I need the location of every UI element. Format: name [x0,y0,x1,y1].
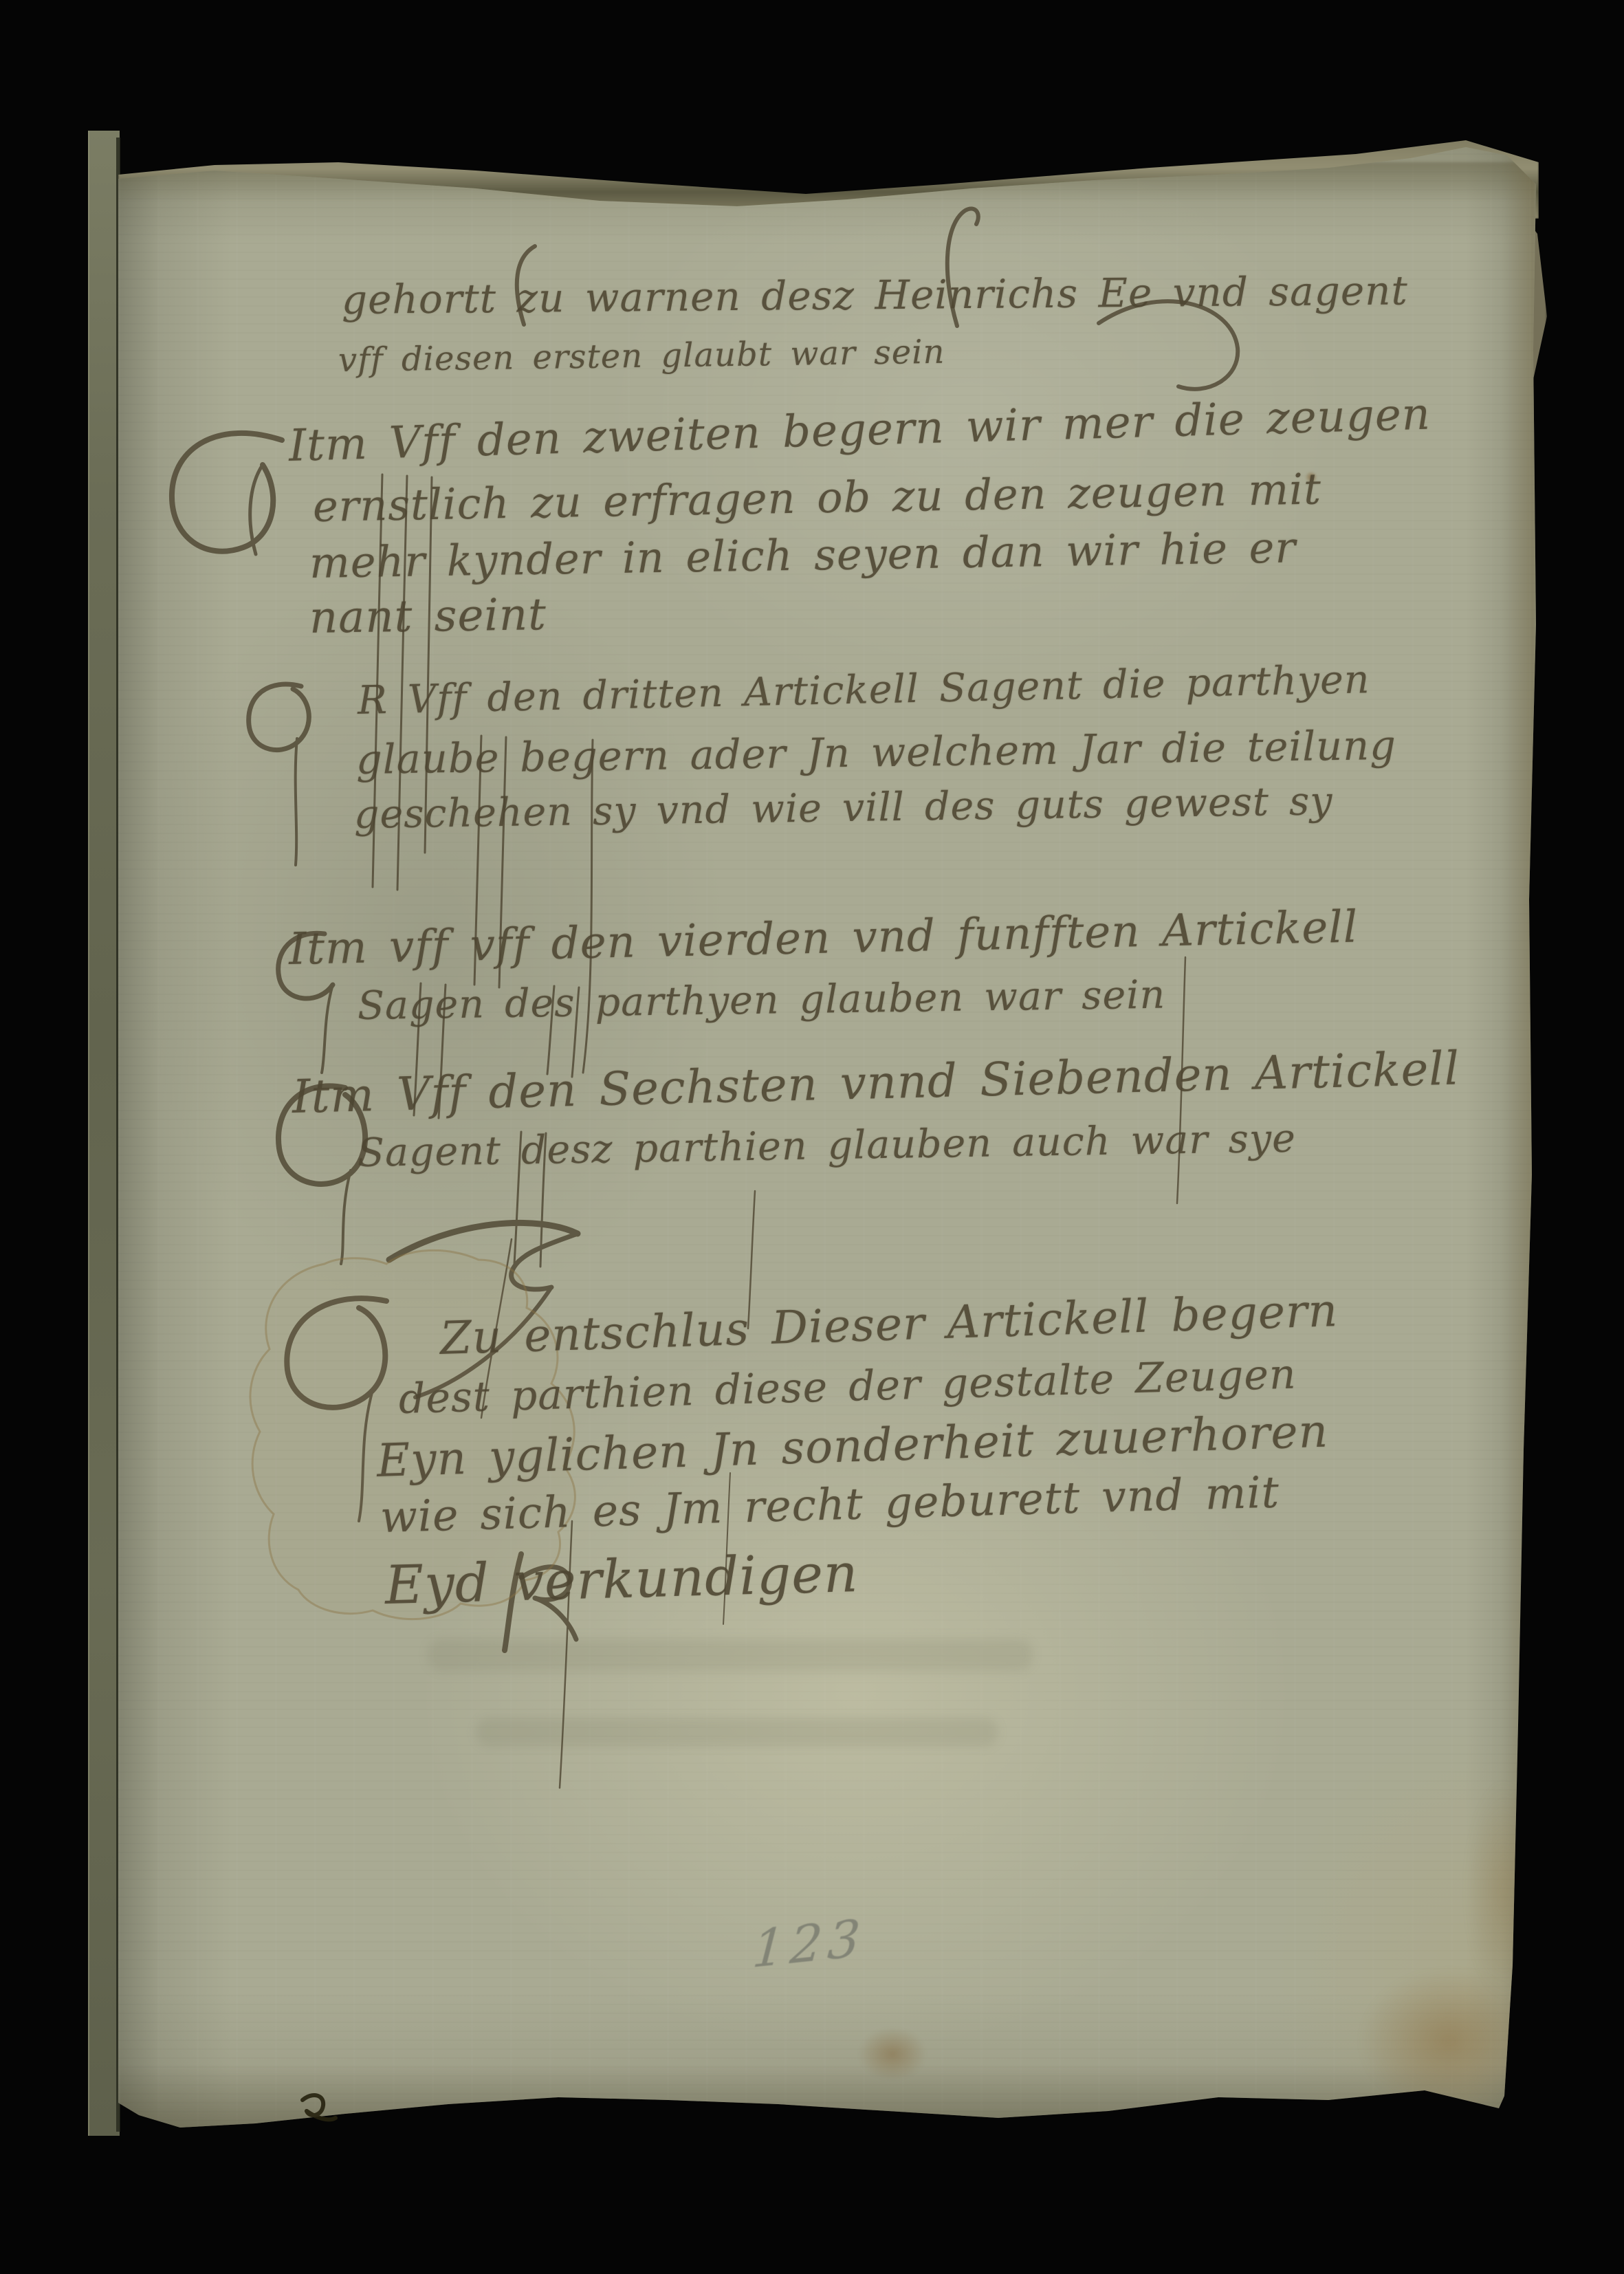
torn-edge-right [1503,143,1536,2130]
page-number: 123 [750,1908,867,1980]
torn-edge-bottom [118,2066,1536,2130]
stain-bottom-right [1356,1965,1541,2117]
text-line: nant seint [309,589,547,644]
text-line: gehortt zu warnen desz Heinrichs Ee vnd … [342,267,1408,323]
show-through-ghost [428,1639,1033,1671]
stain-bottom-center [858,2027,927,2081]
show-through-ghost [476,1718,998,1747]
text-line: Eyd verkundigen [384,1543,859,1617]
stain-right-edge [1466,1780,1541,2000]
book-gutter-strip [88,131,120,2136]
manuscript-photo: gehortt zu warnen desz Heinrichs Ee vnd … [0,0,1624,2274]
